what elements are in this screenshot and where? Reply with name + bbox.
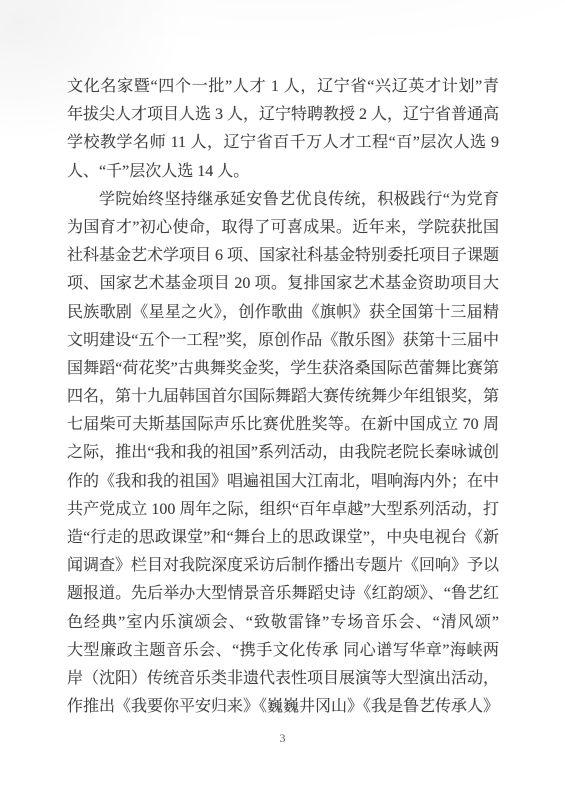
text-line: 共产党成立 100 周年之际，组织“百年卓越”大型系列活动，打 [67,496,499,524]
text-line: 作的《我和我的祖国》唱遍祖国大江南北，唱响海内外；在中国 [67,468,499,496]
text-line: 色经典”室内乐演颂会、“致敬雷锋”专场音乐会、“清风颂” [67,609,499,637]
text-line: 之际，推出“我和我的祖国”系列活动，由我院老院长秦咏诚创 [67,439,499,467]
text-line: 作推出《我要你平安归来》《巍巍井冈山》《我是鲁艺传承人》 [67,693,499,721]
document-page: 文化名家暨“四个一批”人才 1 人，辽宁省“兴辽英才计划”青年拔尖人才项目人选 … [0,0,565,800]
text-line: 年拔尖人才项目人选 3 人，辽宁特聘教授 2 人，辽宁省普通高等 [67,101,499,129]
text-line: 岸（沈阳）传统音乐类非遗代表性项目展演等大型演出活动，创 [67,665,499,693]
text-line: 大型廉政主题音乐会、“携手文化传承 同心谱写华章”海峡两 [67,637,499,665]
paragraph-main: 学院始终坚持继承延安鲁艺优良传统，积极践行“为党育人、为国育才”初心使命，取得了… [67,186,499,722]
text-line: 文化名家暨“四个一批”人才 1 人，辽宁省“兴辽英才计划”青 [67,73,499,101]
text-line: 题报道。先后举办大型情景音乐舞蹈史诗《红韵颂》、“鲁艺红 [67,580,499,608]
text-line: 项、国家艺术基金项目 20 项。复排国家艺术基金资助项目大型 [67,270,499,298]
text-line: 造“行走的思政课堂”和“舞台上的思政课堂”，中央电视台《新 [67,524,499,552]
text-line: 学校教学名师 11 人，辽宁省百千万人才工程“百”层次人选 9 [67,129,499,157]
text-line: 四名，第十九届韩国首尔国际舞蹈大赛传统舞少年组银奖，第十 [67,383,499,411]
text-line: 闻调查》栏目对我院深度采访后制作播出专题片《回响》予以专 [67,552,499,580]
document-body: 文化名家暨“四个一批”人才 1 人，辽宁省“兴辽英才计划”青年拔尖人才项目人选 … [67,73,499,721]
text-line: 社科基金艺术学项目 6 项、国家社科基金特别委托项目子课题 2 [67,242,499,270]
text-line: 民族歌剧《星星之火》，创作歌曲《旗帜》获全国第十三届精神 [67,299,499,327]
paragraph-continued: 文化名家暨“四个一批”人才 1 人，辽宁省“兴辽英才计划”青年拔尖人才项目人选 … [67,73,499,186]
text-line: 七届柴可夫斯基国际声乐比赛优胜奖等。在新中国成立 70 周年 [67,411,499,439]
text-line: 人、“千”层次人选 14 人。 [67,158,499,186]
text-line: 学院始终坚持继承延安鲁艺优良传统，积极践行“为党育人、 [67,186,499,214]
text-line: 文明建设“五个一工程”奖，原创作品《散乐图》获第十三届中 [67,327,499,355]
page-number: 3 [0,731,565,746]
text-line: 为国育才”初心使命，取得了可喜成果。近年来，学院获批国家 [67,214,499,242]
text-line: 国舞蹈“荷花奖”古典舞奖金奖，学生获洛桑国际芭蕾舞比赛第 [67,355,499,383]
